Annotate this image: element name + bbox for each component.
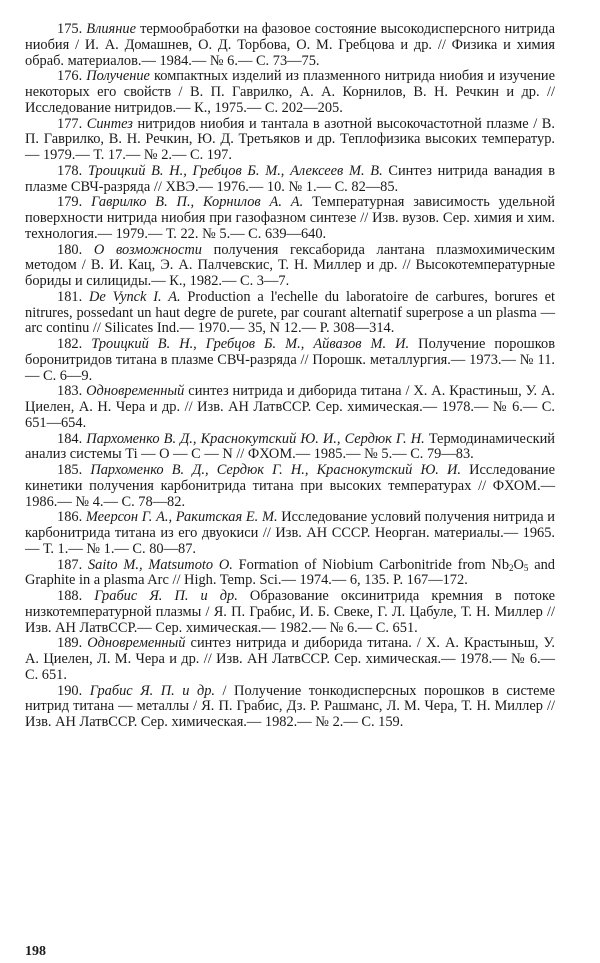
entry-lead: Влияние [86,21,136,37]
bibliography-entry-178: 178. Троицкий В. Н., Гребцов Б. М., Алек… [25,164,555,196]
entry-number: 181. [57,289,82,305]
entry-lead: Грабис Я. П. и др. [90,683,215,699]
entry-number: 182. [57,336,82,352]
entry-number: 176. [57,68,82,84]
entry-lead: Троицкий В. Н., Гребцов Б. М., Айвазов М… [91,336,409,352]
entry-number: 184. [57,431,82,447]
entry-number: 178. [57,163,82,179]
entry-lead: Грабис Я. П. и др. [94,588,238,604]
entry-number: 188. [57,588,82,604]
entry-lead: Гаврилко В. П., Корнилов А. А. [91,194,303,210]
bibliography-entry-185: 185. Пархоменко В. Д., Сердюк Г. Н., Кра… [25,463,555,510]
entry-text: Formation of Niobium Carbonitride from N… [233,557,509,573]
bibliography-entry-188: 188. Грабис Я. П. и др. Образование окси… [25,589,555,636]
entry-lead: Троицкий В. Н., Гребцов Б. М., Алексеев … [88,163,383,179]
entry-lead: Одновременный [87,635,185,651]
entry-lead: De Vynck I. A. [89,289,181,305]
entry-lead: Одновременный [86,383,184,399]
entry-lead: О возможности [94,242,202,258]
entry-lead: Синтез [87,116,133,132]
entry-lead: Saito M., Matsumoto O. [88,557,233,573]
bibliography-entry-177: 177. Синтез нитридов ниобия и тантала в … [25,117,555,164]
bibliography-entry-186: 186. Меерсон Г. А., Ракитская Е. М. Иссл… [25,510,555,557]
bibliography-entry-182: 182. Троицкий В. Н., Гребцов Б. М., Айва… [25,337,555,384]
bibliography-entry-180: 180. О возможности получения гексаборида… [25,243,555,290]
bibliography-entry-190: 190. Грабис Я. П. и др. / Получение тонк… [25,684,555,731]
entry-lead: Пархоменко В. Д., Краснокутский Ю. И., С… [86,431,424,447]
entry-number: 185. [57,462,82,478]
entry-number: 179. [57,194,82,210]
bibliography-entry-187: 187. Saito M., Matsumoto O. Formation of… [25,558,555,590]
bibliography-entry-189: 189. Одновременный синтез нитрида и дибо… [25,636,555,683]
entry-lead: Меерсон Г. А., Ракитская Е. М. [86,509,278,525]
entry-number: 187. [57,557,82,573]
bibliography-entry-176: 176. Получение компактных изделий из пла… [25,69,555,116]
entry-number: 175. [57,21,82,37]
bibliography-entry-183: 183. Одновременный синтез нитрида и дибо… [25,384,555,431]
entry-number: 186. [57,509,82,525]
bibliography-entry-175: 175. Влияние термообработки на фазовое с… [25,22,555,69]
entry-number: 180. [57,242,82,258]
bibliography-entry-179: 179. Гаврилко В. П., Корнилов А. А. Темп… [25,195,555,242]
entry-text: O [514,557,524,573]
entry-lead: Получение [86,68,150,84]
entry-number: 190. [57,683,82,699]
entry-number: 189. [57,635,82,651]
entry-number: 183. [57,383,82,399]
bibliography-page: 175. Влияние термообработки на фазовое с… [25,22,555,731]
bibliography-entry-181: 181. De Vynck I. A. Production a l'echel… [25,290,555,337]
page-number: 198 [25,944,46,960]
entry-number: 177. [57,116,82,132]
entry-lead: Пархоменко В. Д., Сердюк Г. Н., Красноку… [90,462,461,478]
bibliography-entry-184: 184. Пархоменко В. Д., Краснокутский Ю. … [25,432,555,464]
